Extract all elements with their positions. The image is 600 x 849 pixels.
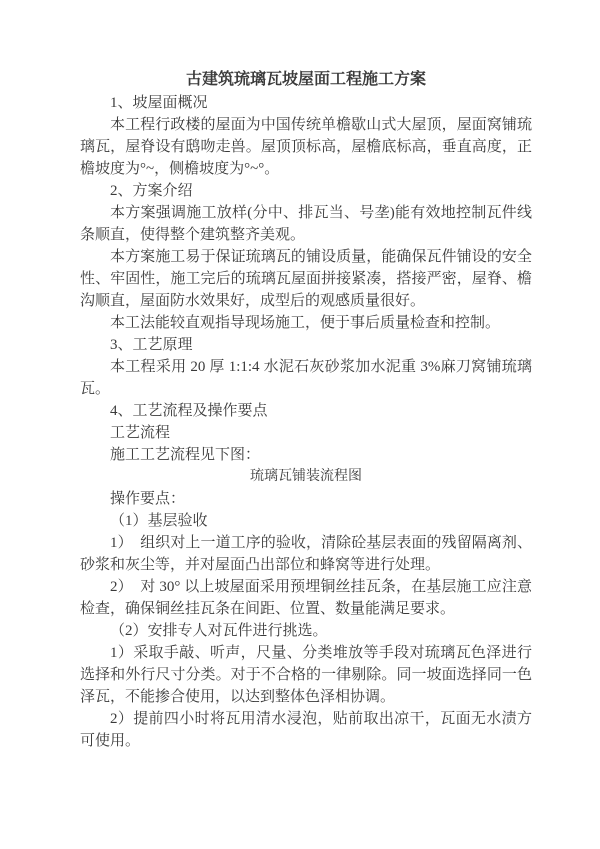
doc-paragraph: 1）采取手敲、听声，尺量、分类堆放等手段对琉璃瓦色泽进行选择和外行尺寸分类。对于… [80, 642, 532, 708]
doc-paragraph: 本方案强调施工放样(分中、排瓦当、号垄)能有效地控制瓦件线条顺直，使得整个建筑整… [80, 202, 532, 246]
doc-heading: 4、工艺流程及操作要点 [80, 400, 532, 422]
doc-paragraph: 2）提前四小时将瓦用清水浸泡，贴前取出凉干，瓦面无水渍方可使用。 [80, 708, 532, 752]
doc-heading: 2、方案介绍 [80, 180, 532, 202]
doc-caption: 琉璃瓦铺装流程图 [80, 466, 532, 488]
doc-heading: 3、工艺原理 [80, 334, 532, 356]
doc-paragraph: 本工程行政楼的屋面为中国传统单檐歇山式大屋顶，屋面窝铺琉璃瓦，屋脊设有鸱吻走兽。… [80, 114, 532, 180]
doc-paragraph: 本方案施工易于保证琉璃瓦的铺设质量，能确保瓦件铺设的安全性、牢固性，施工完后的琉… [80, 246, 532, 312]
document-title: 古建筑琉璃瓦坡屋面工程施工方案 [80, 69, 532, 91]
doc-paragraph: 本工程采用 20 厚 1:1:4 水泥石灰砂浆加水泥重 3%麻刀窝铺琉璃瓦。 [80, 356, 532, 400]
doc-paragraph: 2） 对 30° 以上坡屋面采用预埋铜丝挂瓦条，在基层施工应注意检查，确保铜丝挂… [80, 576, 532, 620]
document-page: 古建筑琉璃瓦坡屋面工程施工方案 1、坡屋面概况本工程行政楼的屋面为中国传统单檐歇… [0, 0, 600, 849]
doc-line: 工艺流程 [80, 422, 532, 444]
doc-line: 操作要点： [80, 488, 532, 510]
doc-paragraph: 1） 组织对上一道工序的验收，清除砼基层表面的残留隔离剂、砂浆和灰尘等，并对屋面… [80, 532, 532, 576]
doc-line: （1）基层验收 [80, 510, 532, 532]
doc-line: 施工工艺流程见下图： [80, 444, 532, 466]
document-body: 1、坡屋面概况本工程行政楼的屋面为中国传统单檐歇山式大屋顶，屋面窝铺琉璃瓦，屋脊… [80, 92, 532, 752]
doc-paragraph: 本工法能较直观指导现场施工，便于事后质量检查和控制。 [80, 312, 532, 334]
doc-line: （2）安排专人对瓦件进行挑选。 [80, 620, 532, 642]
doc-heading: 1、坡屋面概况 [80, 92, 532, 114]
